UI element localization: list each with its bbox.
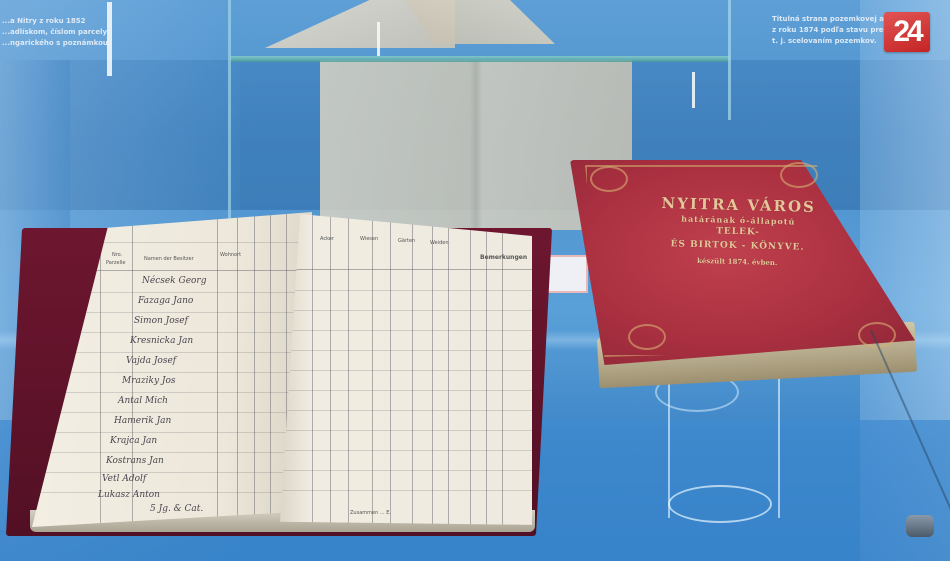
red-book-title-block: NYITRA VÁROS határának ó-állapotú TELEK-… [607,193,869,270]
ledger-entry: Krajca Jan [110,436,157,446]
column-header: Parzelle [106,260,125,266]
column-header: Gärten [398,238,415,244]
glass-edge [728,0,731,120]
corner-ornament [780,162,818,188]
ledger-right-page: Acker Wiesen Gärten Weiden Bemerkungen Z… [280,214,532,528]
cover-subtitle: ÉS BIRTOK - KÖNYVE. [608,238,868,255]
glass-shelf [230,56,730,62]
ledger-entry: Simon Josef [134,316,188,326]
vitrine-lock-knob [906,515,934,537]
label-line: z roku 1874 podľa stavu pred... [772,25,897,36]
ledger-entry: Kostrans Jan [106,456,164,466]
ledger-entry: Hamerik Jan [114,416,171,426]
label-line: ...ngarického s poznámkou [2,38,108,49]
exhibit-label-right: Titulná strana pozemkovej a... z roku 18… [772,14,897,47]
column-header: Wiesen [360,236,378,242]
label-line: ...a Nitry z roku 1852 [2,16,108,27]
ledger-entry: Antal Mich [118,396,168,406]
label-line: t. j. scelovaním pozemkov. [772,36,897,47]
glass-edge [228,0,231,230]
label-marker-bar [107,2,112,76]
label-marker-bar [692,72,695,108]
corner-ornament [590,166,628,192]
ledger-entry: Kresnicka Jan [130,336,193,346]
ledger-entry: Mraziky Jos [122,376,176,386]
column-header: Namen der Besitzer [144,256,194,262]
label-marker-bar [377,22,380,56]
ledger-entry: Fazaga Jano [138,296,193,306]
column-header: Wohnort [220,252,241,258]
corner-ornament [628,324,666,350]
column-header: Bemerkungen [480,254,527,261]
ledger-footer-note: Zusammen ... E. [350,510,391,516]
column-header: Weiden [430,240,449,246]
label-line: ...adlískom, číslom parcely [2,27,108,38]
ledger-signature: 5 Jg. & Cat. [150,504,203,514]
ledger-entry: Nécsek Georg [142,276,207,286]
ledger-entry: Vetl Adolf [102,474,146,484]
column-header: Acker [320,236,334,242]
exhibit-label-left: ...a Nitry z roku 1852 ...adlískom, čísl… [2,16,108,49]
site-logo: 24 [884,12,930,52]
ledger-entry: Lukasz Anton [98,490,160,500]
column-header: Nro. [112,252,122,258]
acrylic-stand-base [668,485,772,523]
label-line: Titulná strana pozemkovej a... [772,14,897,25]
ledger-entry: Vajda Josef [126,356,176,366]
